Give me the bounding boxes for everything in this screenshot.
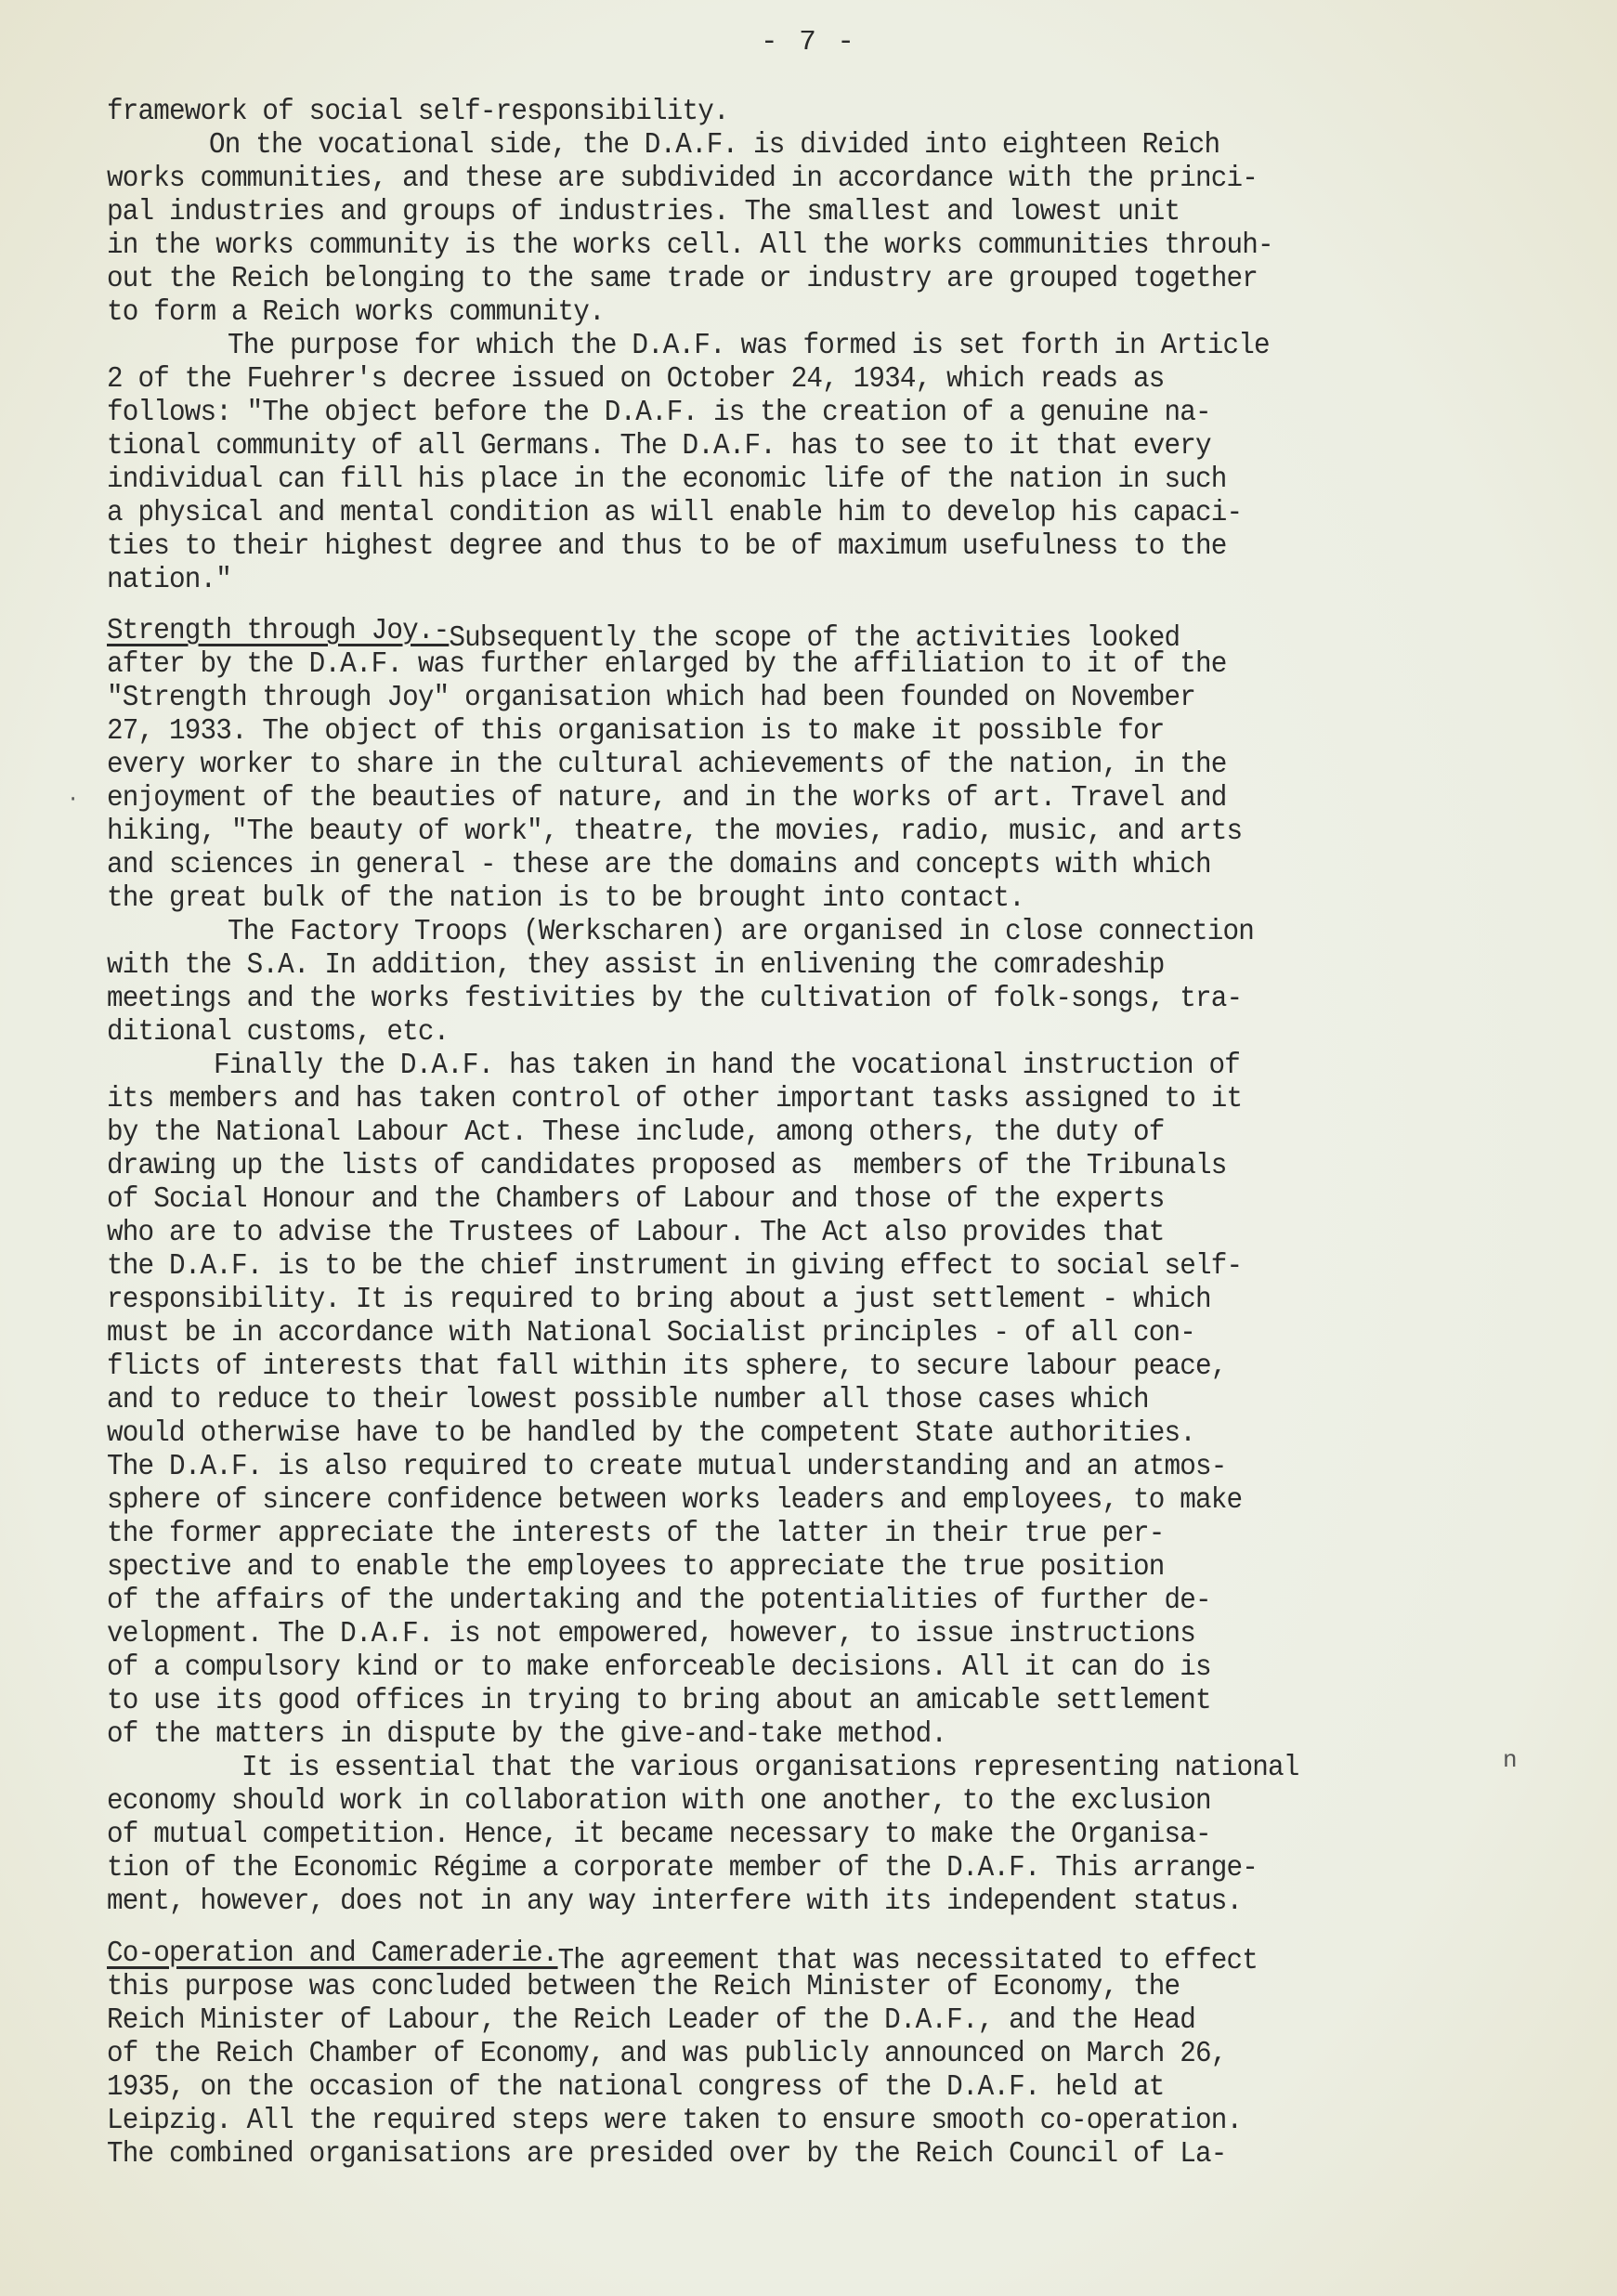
text-line: On the vocational side, the D.A.F. is di… xyxy=(209,129,1219,163)
text-line: must be in accordance with National Soci… xyxy=(107,1317,1195,1350)
text-line: the D.A.F. is to be the chief instrument… xyxy=(107,1250,1242,1284)
text-line: 2 of the Fuehrer's decree issued on Octo… xyxy=(107,363,1165,397)
text-line: ment, however, does not in any way inter… xyxy=(107,1885,1242,1919)
text-line: Finally the D.A.F. has taken in hand the… xyxy=(214,1050,1240,1083)
text-line: ditional customs, etc. xyxy=(107,1016,449,1050)
text-line: a physical and mental condition as will … xyxy=(107,497,1242,530)
text-line: sphere of sincere confidence between wor… xyxy=(107,1484,1242,1518)
text-line: tional community of all Germans. The D.A… xyxy=(107,430,1211,463)
section-heading-strength-line: Strength through Joy.-Subsequently the s… xyxy=(107,615,1180,648)
text-line: Reich Minister of Labour, the Reich Lead… xyxy=(107,2004,1195,2038)
text-line: every worker to share in the cultural ac… xyxy=(107,749,1226,782)
text-line: The combined organisations are presided … xyxy=(107,2138,1226,2172)
text-line: the former appreciate the interests of t… xyxy=(107,1518,1165,1551)
text-line: of the affairs of the undertaking and th… xyxy=(107,1585,1211,1618)
text-line: It is essential that the various organis… xyxy=(241,1752,1299,1785)
text-line: out the Reich belonging to the same trad… xyxy=(107,263,1258,296)
text-line: the great bulk of the nation is to be br… xyxy=(107,882,1024,916)
text-line: nation." xyxy=(107,564,231,597)
text-line: responsibility. It is required to bring … xyxy=(107,1284,1211,1317)
text-line: The purpose for which the D.A.F. was for… xyxy=(228,330,1270,363)
text-line: velopment. The D.A.F. is not empowered, … xyxy=(107,1618,1195,1651)
text-line: enjoyment of the beauties of nature, and… xyxy=(107,782,1226,815)
text-line: in the works community is the works cell… xyxy=(107,229,1273,263)
text-line: and to reduce to their lowest possible n… xyxy=(107,1384,1149,1417)
page-number: - 7 - xyxy=(0,26,1617,59)
section-heading-cooperation-and-cameraderie: Co-operation and Cameraderie. xyxy=(107,1937,558,1970)
text-line: to use its good offices in trying to bri… xyxy=(107,1685,1211,1718)
text-line: its members and has taken control of oth… xyxy=(107,1083,1242,1116)
text-line: ties to their highest degree and thus to… xyxy=(107,530,1226,564)
text-line: by the National Labour Act. These includ… xyxy=(107,1116,1165,1150)
text-line: works communities, and these are subdivi… xyxy=(107,163,1258,196)
text-line: tion of the Economic Régime a corporate … xyxy=(107,1852,1258,1885)
text-line: 1935, on the occasion of the national co… xyxy=(107,2071,1165,2105)
text-line: would otherwise have to be handled by th… xyxy=(107,1417,1195,1451)
text-line: The Factory Troops (Werkscharen) are org… xyxy=(228,916,1254,949)
text-line: pal industries and groups of industries.… xyxy=(107,196,1180,229)
text-line: after by the D.A.F. was further enlarged… xyxy=(107,648,1226,682)
text-line: with the S.A. In addition, they assist i… xyxy=(107,949,1165,983)
text-line: of a compulsory kind or to make enforcea… xyxy=(107,1651,1211,1685)
section-heading-strength-through-joy: Strength through Joy.- xyxy=(107,615,449,647)
text-line: flicts of interests that fall within its… xyxy=(107,1350,1226,1384)
text-line: Leipzig. All the required steps were tak… xyxy=(107,2105,1242,2138)
text-line: of mutual competition. Hence, it became … xyxy=(107,1819,1211,1852)
text-line: of Social Honour and the Chambers of Lab… xyxy=(107,1183,1165,1217)
text-line: of the matters in dispute by the give-an… xyxy=(107,1718,946,1752)
text-line: hiking, "The beauty of work", theatre, t… xyxy=(107,815,1242,849)
text-line: drawing up the lists of candidates propo… xyxy=(107,1150,1226,1183)
section-heading-cooperation-line: Co-operation and Cameraderie.The agreeme… xyxy=(107,1937,1258,1971)
text-line: individual can fill his place in the eco… xyxy=(107,463,1226,497)
text-line: framework of social self-responsibility. xyxy=(107,96,729,129)
handwritten-correction-mark: n xyxy=(1503,1746,1518,1774)
text-line: who are to advise the Trustees of Labour… xyxy=(107,1217,1165,1250)
text-line: economy should work in collaboration wit… xyxy=(107,1785,1211,1819)
margin-dot-mark: · xyxy=(67,788,79,811)
text-line: follows: "The object before the D.A.F. i… xyxy=(107,397,1211,430)
text-line: of the Reich Chamber of Economy, and was… xyxy=(107,2038,1226,2071)
text-line: The D.A.F. is also required to create mu… xyxy=(107,1451,1226,1484)
text-line: and sciences in general - these are the … xyxy=(107,849,1211,882)
text-line: "Strength through Joy" organisation whic… xyxy=(107,682,1195,715)
text-line: this purpose was concluded between the R… xyxy=(107,1971,1180,2004)
text-line: spective and to enable the employees to … xyxy=(107,1551,1165,1585)
text-line: 27, 1933. The object of this organisatio… xyxy=(107,715,1165,749)
text-line: meetings and the works festivities by th… xyxy=(107,983,1242,1016)
text-line: to form a Reich works community. xyxy=(107,296,605,330)
